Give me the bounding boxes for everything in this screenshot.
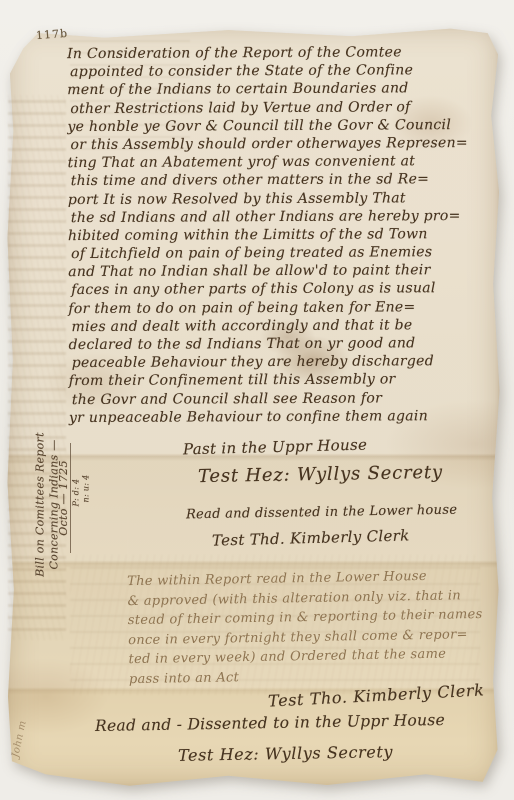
body-line: faces in any other parts of this Colony … — [71, 279, 488, 299]
docket-clerk-mark-2: n: u: 4 — [82, 459, 91, 519]
body-line: mies and dealt with accordingly and that… — [71, 316, 488, 336]
body-line: ting That an Abatement yrof was convenie… — [68, 152, 488, 172]
body-line: from their Confinement till this Assembl… — [69, 370, 489, 390]
body-line: for them to do on pain of being taken fo… — [68, 298, 488, 318]
manuscript-photo: 117b In Consideration of the Report of t… — [0, 0, 514, 800]
docket-clerk-mark-1: P: d: 4 — [72, 463, 81, 523]
body-line: of Litchfield on pain of being treated a… — [71, 243, 488, 263]
body-line: ye honble ye Govr & Council till the Gov… — [67, 116, 487, 136]
body-line: port It is now Resolved by this Assembly… — [68, 188, 488, 208]
body-line: the Govr and Council shall see Reason fo… — [72, 388, 489, 408]
body-line: peaceable Behaviour they are hereby disc… — [72, 352, 489, 372]
body-line: the sd Indians and all other Indians are… — [71, 207, 488, 227]
docket-title-line1: Bill on Comittees Report — [34, 420, 47, 590]
body-line: this time and divers other matters in th… — [71, 170, 488, 190]
signature-wyllys-secretary-second: Test Hez: Wyllys Secrety — [178, 742, 393, 765]
docket-date: Octo — 1725 — [57, 443, 71, 553]
body-text: In Consideration of the Report of the Co… — [67, 43, 489, 427]
body-line: and That no Indian shall be allow'd to p… — [68, 261, 488, 281]
body-line: ment of the Indians to certain Boundarie… — [67, 79, 487, 99]
body-line: other Restrictions laid by Vertue and Or… — [70, 97, 487, 117]
approval-paragraph: The within Report read in the Lower Hous… — [127, 566, 489, 689]
body-line: or this Assembly should order otherwayes… — [70, 134, 487, 154]
body-line: declared to the sd Indians That on yr go… — [69, 334, 489, 354]
page-number: 117b — [36, 27, 69, 42]
body-line: appointed to consider the State of the C… — [70, 61, 487, 81]
body-line: yr unpeaceable Behaviour to confine them… — [69, 407, 489, 427]
body-line: hibited coming within the Limitts of the… — [68, 225, 488, 245]
signature-wyllys-secretary: Test Hez: Wyllys Secrety — [198, 462, 443, 487]
body-line: In Consideration of the Report of the Co… — [67, 43, 487, 63]
